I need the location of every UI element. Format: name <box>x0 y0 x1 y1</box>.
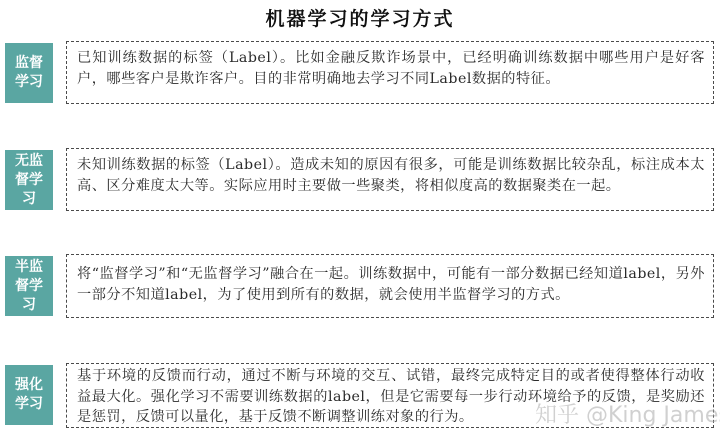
tag-supervised-learning: 监督学习 <box>5 43 53 103</box>
tag-semi-supervised-learning: 半监督学习 <box>5 256 53 316</box>
description-supervised-learning: 已知训练数据的标签（Label）。比如金融反欺诈场景中，已经明确训练数据中哪些用… <box>66 41 714 104</box>
description-reinforcement-learning: 基于环境的反馈而行动，通过不断与环境的交互、试错，最终完成特定目的或者使得整体行… <box>66 363 714 428</box>
diagram-title: 机器学习的学习方式 <box>0 4 720 31</box>
tag-reinforcement-learning: 强化学习 <box>5 365 53 425</box>
description-semi-supervised-learning: 将“监督学习”和“无监督学习”融合在一起。训练数据中，可能有一部分数据已经知道l… <box>66 254 714 318</box>
description-unsupervised-learning: 未知训练数据的标签（Label）。造成未知的原因有很多，可能是训练数据比较杂乱，… <box>66 148 714 211</box>
tag-unsupervised-learning: 无监督学习 <box>5 150 53 210</box>
